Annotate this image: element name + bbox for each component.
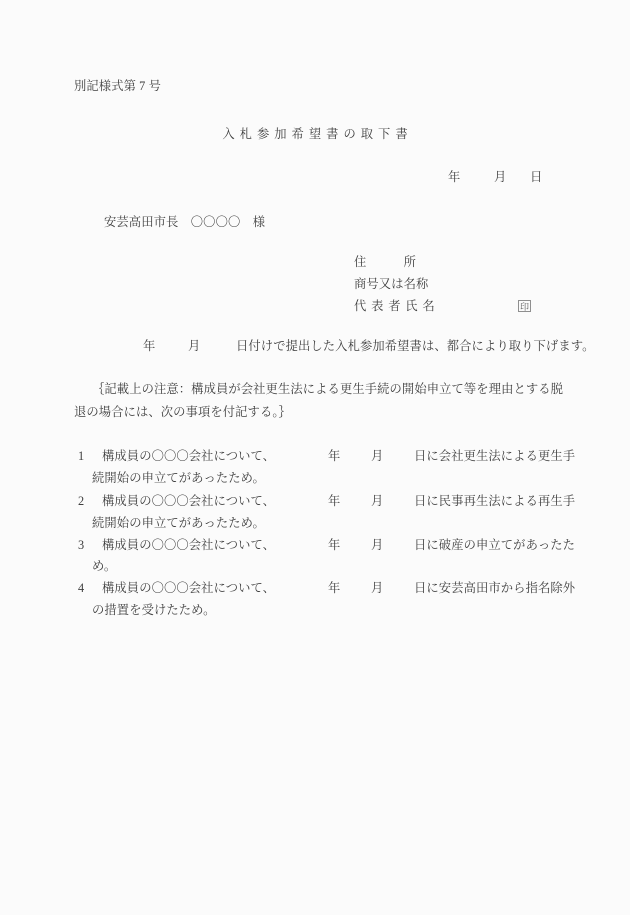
- list-item-2-line-2: 続開始の申立てがあったため。: [92, 515, 265, 531]
- item-month-label: 月: [371, 537, 383, 553]
- item-year-label: 年: [328, 448, 340, 464]
- item-number: 1: [78, 448, 84, 464]
- issue-month-label: 月: [494, 169, 506, 185]
- item-lead-text: 構成員の〇〇〇会社について、: [102, 493, 275, 509]
- item-year-label: 年: [328, 537, 340, 553]
- item-lead-text: 構成員の〇〇〇会社について、: [102, 580, 275, 596]
- page-title: 入札参加希望書の取下書: [0, 126, 630, 142]
- issue-year-label: 年: [448, 169, 460, 185]
- item-year-label: 年: [328, 580, 340, 596]
- item-year-label: 年: [328, 493, 340, 509]
- document-page: 別記様式第 7 号 入札参加希望書の取下書 年 月 日 安芸高田市長 〇〇〇〇 …: [0, 0, 630, 915]
- issue-date-line: 年 月 日: [0, 169, 630, 249]
- item-number: 3: [78, 537, 84, 553]
- list-item-1-line-2: 続開始の申立てがあったため。: [92, 470, 265, 486]
- item-lead-text: 構成員の〇〇〇会社について、: [102, 448, 275, 464]
- address-label: 住 所: [354, 254, 416, 270]
- item-number: 4: [78, 580, 84, 596]
- company-name-label: 商号又は名称: [354, 276, 428, 292]
- item-month-label: 月: [371, 448, 383, 464]
- list-item-4-line-1: 4 構成員の〇〇〇会社について、 年 月 日に安芸高田市から指名除外: [0, 580, 630, 692]
- statement-text: 日付けで提出した入札参加希望書は、都合により取り下げます。: [236, 338, 595, 354]
- list-item-3-line-2: め。: [92, 558, 116, 574]
- item-month-label: 月: [371, 493, 383, 509]
- list-item-4-line-2: の措置を受けたため。: [92, 602, 215, 618]
- issue-day-label: 日: [530, 169, 542, 185]
- item-number: 2: [78, 493, 84, 509]
- item-tail-text: 日に会社更生法による更生手: [414, 448, 575, 464]
- item-month-label: 月: [371, 580, 383, 596]
- item-tail-text: 日に破産の申立てがあったた: [414, 537, 575, 553]
- item-tail-text: 日に安芸高田市から指名除外: [414, 580, 575, 596]
- item-tail-text: 日に民事再生法による再生手: [414, 493, 575, 509]
- seal-mark: 印: [518, 300, 531, 312]
- item-lead-text: 構成員の〇〇〇会社について、: [102, 537, 275, 553]
- representative-label: 代表者氏名: [354, 298, 440, 314]
- form-number: 別記様式第 7 号: [74, 78, 161, 94]
- statement-year-label: 年: [143, 338, 155, 354]
- addressee-line: 安芸高田市長 〇〇〇〇 様: [104, 214, 265, 230]
- statement-month-label: 月: [188, 338, 200, 354]
- note-line-2: 退の場合には、次の事項を付記する。｝: [74, 404, 291, 420]
- note-line-1: ｛記載上の注意：構成員が会社更生法による更生手続の開始申立て等を理由とする脱: [92, 381, 563, 397]
